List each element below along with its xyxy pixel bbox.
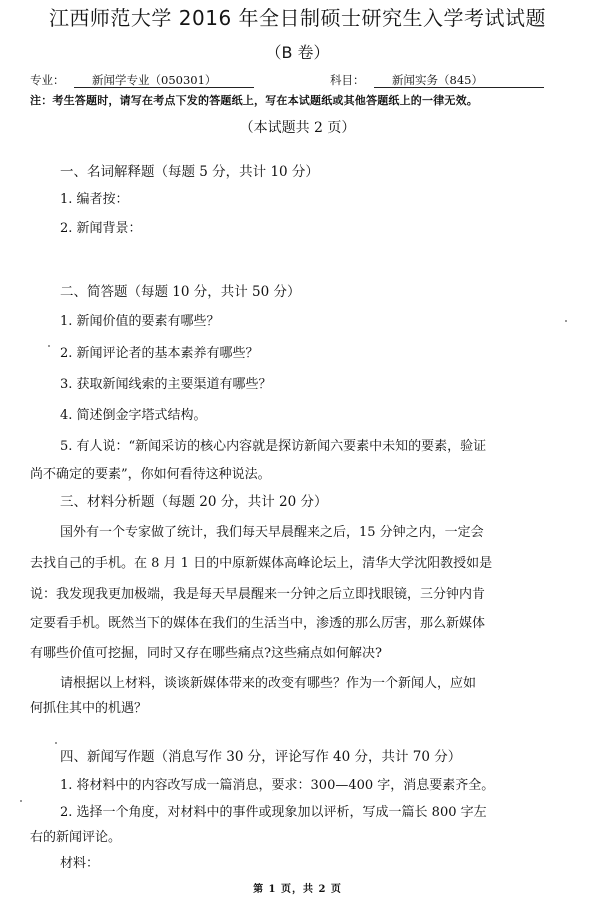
section-4-item-2-line-1: 2. 选择一个角度，对材料中的事件或现象加以评析，写成一篇长 800 字左 xyxy=(60,801,487,820)
material-label: 材料： xyxy=(60,852,99,871)
section-1-heading: 一、名词解释题（每题 5 分，共计 10 分） xyxy=(60,160,319,180)
section-1-item-2: 2. 新闻背景： xyxy=(60,217,142,236)
section-2-item-3: 3. 获取新闻线索的主要渠道有哪些？ xyxy=(60,373,272,392)
exam-title: 江西师范大学 2016 年全日制硕士研究生入学考试试题 xyxy=(0,2,595,31)
subject-label: 科目： xyxy=(330,72,365,88)
section-4-item-2-line-2: 右的新闻评论。 xyxy=(30,826,121,845)
section-2-item-4: 4. 简述倒金字塔式结构。 xyxy=(60,404,207,423)
subject-value: 新闻实务（845） xyxy=(374,72,544,88)
material-line-2: 去找自己的手机。在 8 月 1 日的中原新媒体高峰论坛上，清华大学沈阳教授如是 xyxy=(30,552,492,571)
exam-volume: （B 卷） xyxy=(0,40,595,63)
section-2-heading: 二、简答题（每题 10 分，共计 50 分） xyxy=(60,280,301,300)
pages-note: （本试题共 2 页） xyxy=(0,117,595,137)
exam-notice: 注：考生答题时，请写在考点下发的答题纸上，写在本试题纸或其他答题纸上的一律无效。 xyxy=(30,92,478,108)
section-2-item-5-line-1: 5. 有人说：“新闻采访的核心内容就是探访新闻六要素中未知的要素，验证 xyxy=(60,435,486,454)
material-line-1: 国外有一个专家做了统计，我们每天早晨醒来之后，15 分钟之内，一定会 xyxy=(60,521,484,540)
exam-meta-row: 专业： 新闻学专业（050301） 科目： 新闻实务（845） xyxy=(30,72,570,90)
section-2-item-1: 1. 新闻价值的要素有哪些？ xyxy=(60,310,220,329)
material-line-5: 有哪些价值可挖掘，同时又存在哪些痛点?这些痛点如何解决? xyxy=(30,642,382,661)
scan-speck xyxy=(20,800,22,802)
section-2-item-5-line-2: 尚不确定的要素”，你如何看待这种说法。 xyxy=(30,463,271,482)
scan-speck xyxy=(565,320,567,322)
major-label: 专业： xyxy=(30,72,65,88)
material-line-3: 说：我发现我更加极端，我是每天早晨醒来一分钟之后立即找眼镜，三分钟内肯 xyxy=(30,583,485,602)
scan-speck xyxy=(48,345,50,347)
section-4-heading: 四、新闻写作题（消息写作 30 分，评论写作 40 分，共计 70 分） xyxy=(60,745,461,765)
scan-speck xyxy=(55,742,57,744)
section-4-item-1: 1. 将材料中的内容改写成一篇消息，要求：300—400 字，消息要素齐全。 xyxy=(60,774,494,793)
section-2-item-2: 2. 新闻评论者的基本素养有哪些？ xyxy=(60,342,259,361)
section-1-item-1: 1. 编者按： xyxy=(60,188,129,207)
page-footer: 第 1 页，共 2 页 xyxy=(0,880,595,895)
question-line-1: 请根据以上材料，谈谈新媒体带来的改变有哪些？作为一个新闻人，应如 xyxy=(60,672,476,691)
exam-page: 江西师范大学 2016 年全日制硕士研究生入学考试试题 （B 卷） 专业： 新闻… xyxy=(0,0,595,905)
material-line-4: 定要看手机。既然当下的媒体在我们的生活当中，渗透的那么厉害，那么新媒体 xyxy=(30,612,485,631)
section-3-heading: 三、材料分析题（每题 20 分，共计 20 分） xyxy=(60,490,328,510)
question-line-2: 何抓住其中的机遇？ xyxy=(30,697,147,716)
major-value: 新闻学专业（050301） xyxy=(74,72,254,88)
